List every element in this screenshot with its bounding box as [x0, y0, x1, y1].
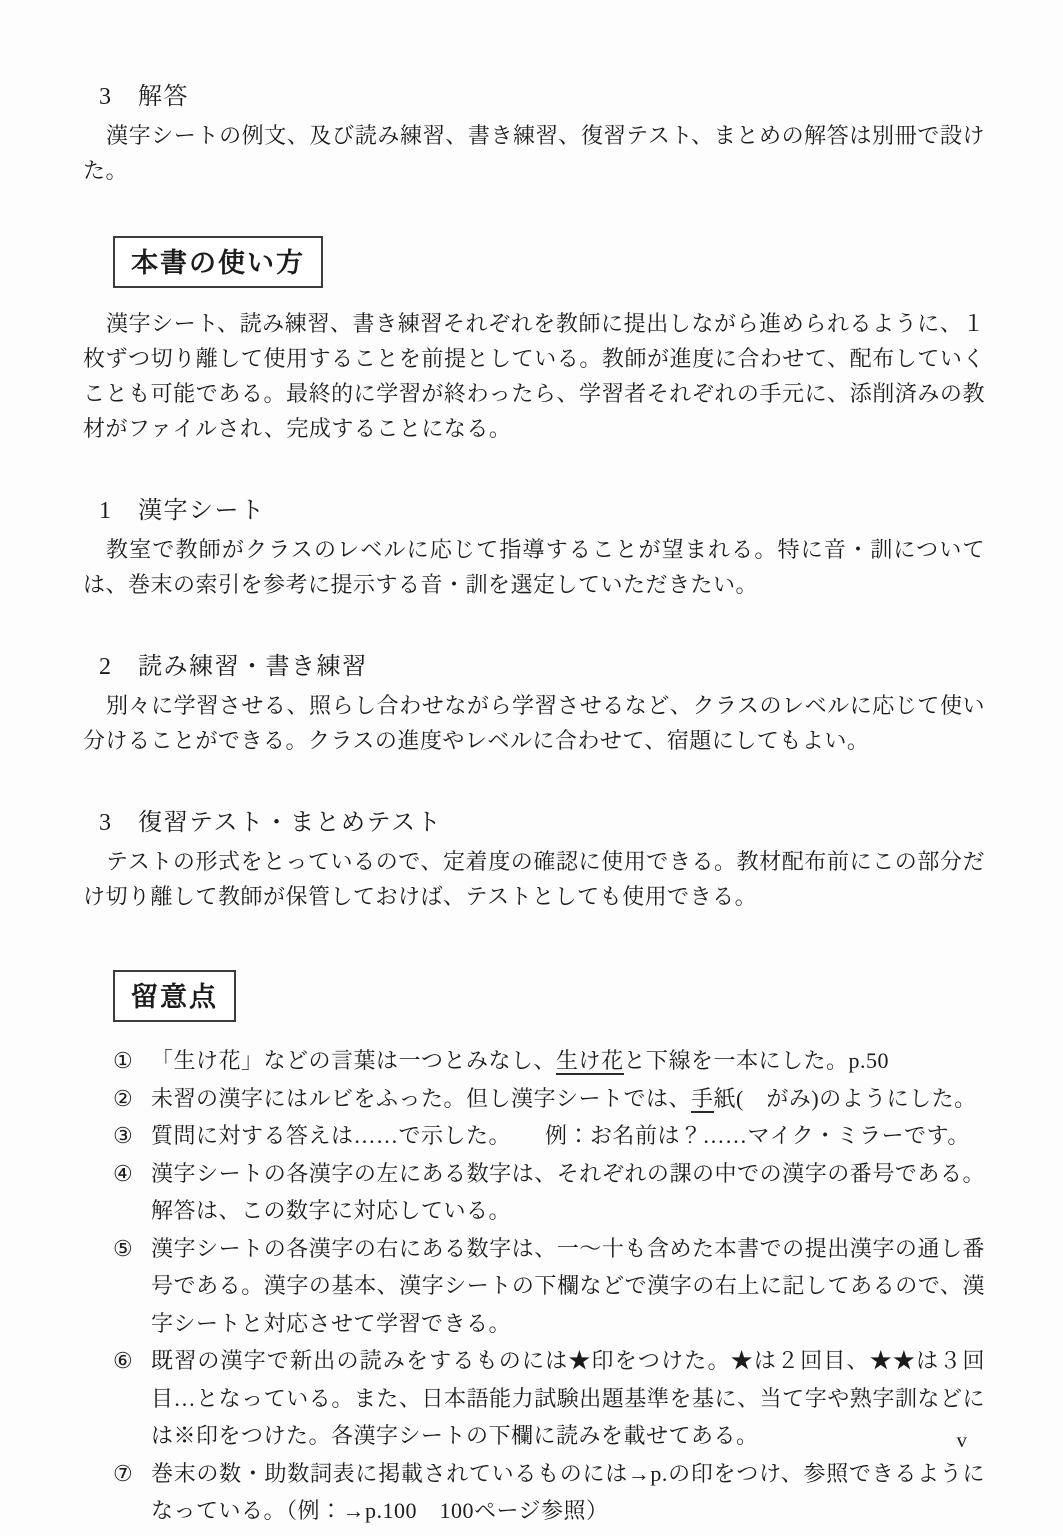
note-text-pre: 漢字シートの各漢字の右にある数字は、一〜十も含めた本書での提出漢字の通し番号であ…: [151, 1236, 985, 1336]
notes-box-wrap: 留意点: [83, 970, 985, 1022]
subsection-heading: 2 読み練習・書き練習: [99, 646, 985, 681]
note-text-post: 紙( がみ)のようにした。: [714, 1086, 977, 1111]
note-text-underlined: 手: [691, 1086, 714, 1113]
answer-section-heading: 3 解答: [99, 76, 985, 111]
page-number: v: [957, 1428, 968, 1453]
usage-intro-paragraph: 漢字シート、読み練習、書き練習それぞれを教師に提出しながら進められるように、１枚…: [83, 306, 985, 446]
usage-subsection-tests: 3 復習テスト・まとめテスト テストの形式をとっているので、定着度の確認に使用で…: [83, 802, 985, 914]
subsection-heading: 1 漢字シート: [99, 490, 985, 525]
note-item-4: ④ 漢字シートの各漢字の左にある数字は、それぞれの課の中での漢字の番号である。解…: [113, 1155, 985, 1230]
answer-section-body: 漢字シートの例文、及び読み練習、書き練習、復習テスト、まとめの解答は別冊で設けた…: [83, 118, 985, 188]
circled-number-5: ⑤: [113, 1230, 133, 1268]
note-item-6: ⑥ 既習の漢字で新出の読みをするものには★印をつけた。★は２回目、★★は３回目……: [113, 1342, 985, 1455]
note-item-1: ① 「生け花」などの言葉は一つとみなし、生け花と下線を一本にした。p.50: [113, 1042, 985, 1080]
circled-number-3: ③: [113, 1117, 133, 1155]
notes-box-title: 留意点: [113, 970, 236, 1022]
note-text-underlined: 生け花: [556, 1048, 624, 1075]
note-text-pre: 既習の漢字で新出の読みをするものには★印をつけた。★は２回目、★★は３回目…とな…: [151, 1348, 985, 1448]
usage-subsection-kanji-sheet: 1 漢字シート 教室で教師がクラスのレベルに応じて指導することが望まれる。特に音…: [83, 490, 985, 602]
note-text-pre: 巻末の数・助数詞表に掲載されているものには→p.の印をつけ、参照できるようになっ…: [151, 1461, 985, 1524]
subsection-body: 別々に学習させる、照らし合わせながら学習させるなど、クラスのレベルに応じて使い分…: [83, 688, 985, 758]
usage-box-title: 本書の使い方: [113, 236, 323, 288]
note-text-pre: 漢字シートの各漢字の左にある数字は、それぞれの課の中での漢字の番号である。解答は…: [151, 1161, 985, 1224]
circled-number-1: ①: [113, 1042, 133, 1080]
circled-number-6: ⑥: [113, 1342, 133, 1380]
document-page: 3 解答 漢字シートの例文、及び読み練習、書き練習、復習テスト、まとめの解答は別…: [0, 0, 1063, 1536]
note-item-7: ⑦ 巻末の数・助数詞表に掲載されているものには→p.の印をつけ、参照できるように…: [113, 1455, 985, 1530]
note-text-pre: 「生け花」などの言葉は一つとみなし、: [151, 1048, 556, 1073]
subsection-heading: 3 復習テスト・まとめテスト: [99, 802, 985, 837]
note-text-pre: 質問に対する答えは……で示した。 例：お名前は？……マイク・ミラーです。: [151, 1123, 970, 1148]
subsection-body: テストの形式をとっているので、定着度の確認に使用できる。教材配布前にこの部分だけ…: [83, 844, 985, 914]
usage-subsection-reading-writing: 2 読み練習・書き練習 別々に学習させる、照らし合わせながら学習させるなど、クラ…: [83, 646, 985, 758]
note-item-3: ③ 質問に対する答えは……で示した。 例：お名前は？……マイク・ミラーです。: [113, 1117, 985, 1155]
subsection-body: 教室で教師がクラスのレベルに応じて指導することが望まれる。特に音・訓については、…: [83, 532, 985, 602]
circled-number-2: ②: [113, 1080, 133, 1118]
circled-number-4: ④: [113, 1155, 133, 1193]
usage-box-wrap: 本書の使い方: [83, 236, 985, 288]
note-text-pre: 未習の漢字にはルビをふった。但し漢字シートでは、: [151, 1086, 691, 1111]
answer-section: 3 解答 漢字シートの例文、及び読み練習、書き練習、復習テスト、まとめの解答は別…: [83, 76, 985, 188]
circled-number-7: ⑦: [113, 1455, 133, 1493]
notes-list: ① 「生け花」などの言葉は一つとみなし、生け花と下線を一本にした。p.50 ② …: [113, 1042, 985, 1530]
note-text-post: と下線を一本にした。p.50: [624, 1048, 890, 1073]
note-item-5: ⑤ 漢字シートの各漢字の右にある数字は、一〜十も含めた本書での提出漢字の通し番号…: [113, 1230, 985, 1343]
note-item-2: ② 未習の漢字にはルビをふった。但し漢字シートでは、手紙( がみ)のようにした。: [113, 1080, 985, 1118]
